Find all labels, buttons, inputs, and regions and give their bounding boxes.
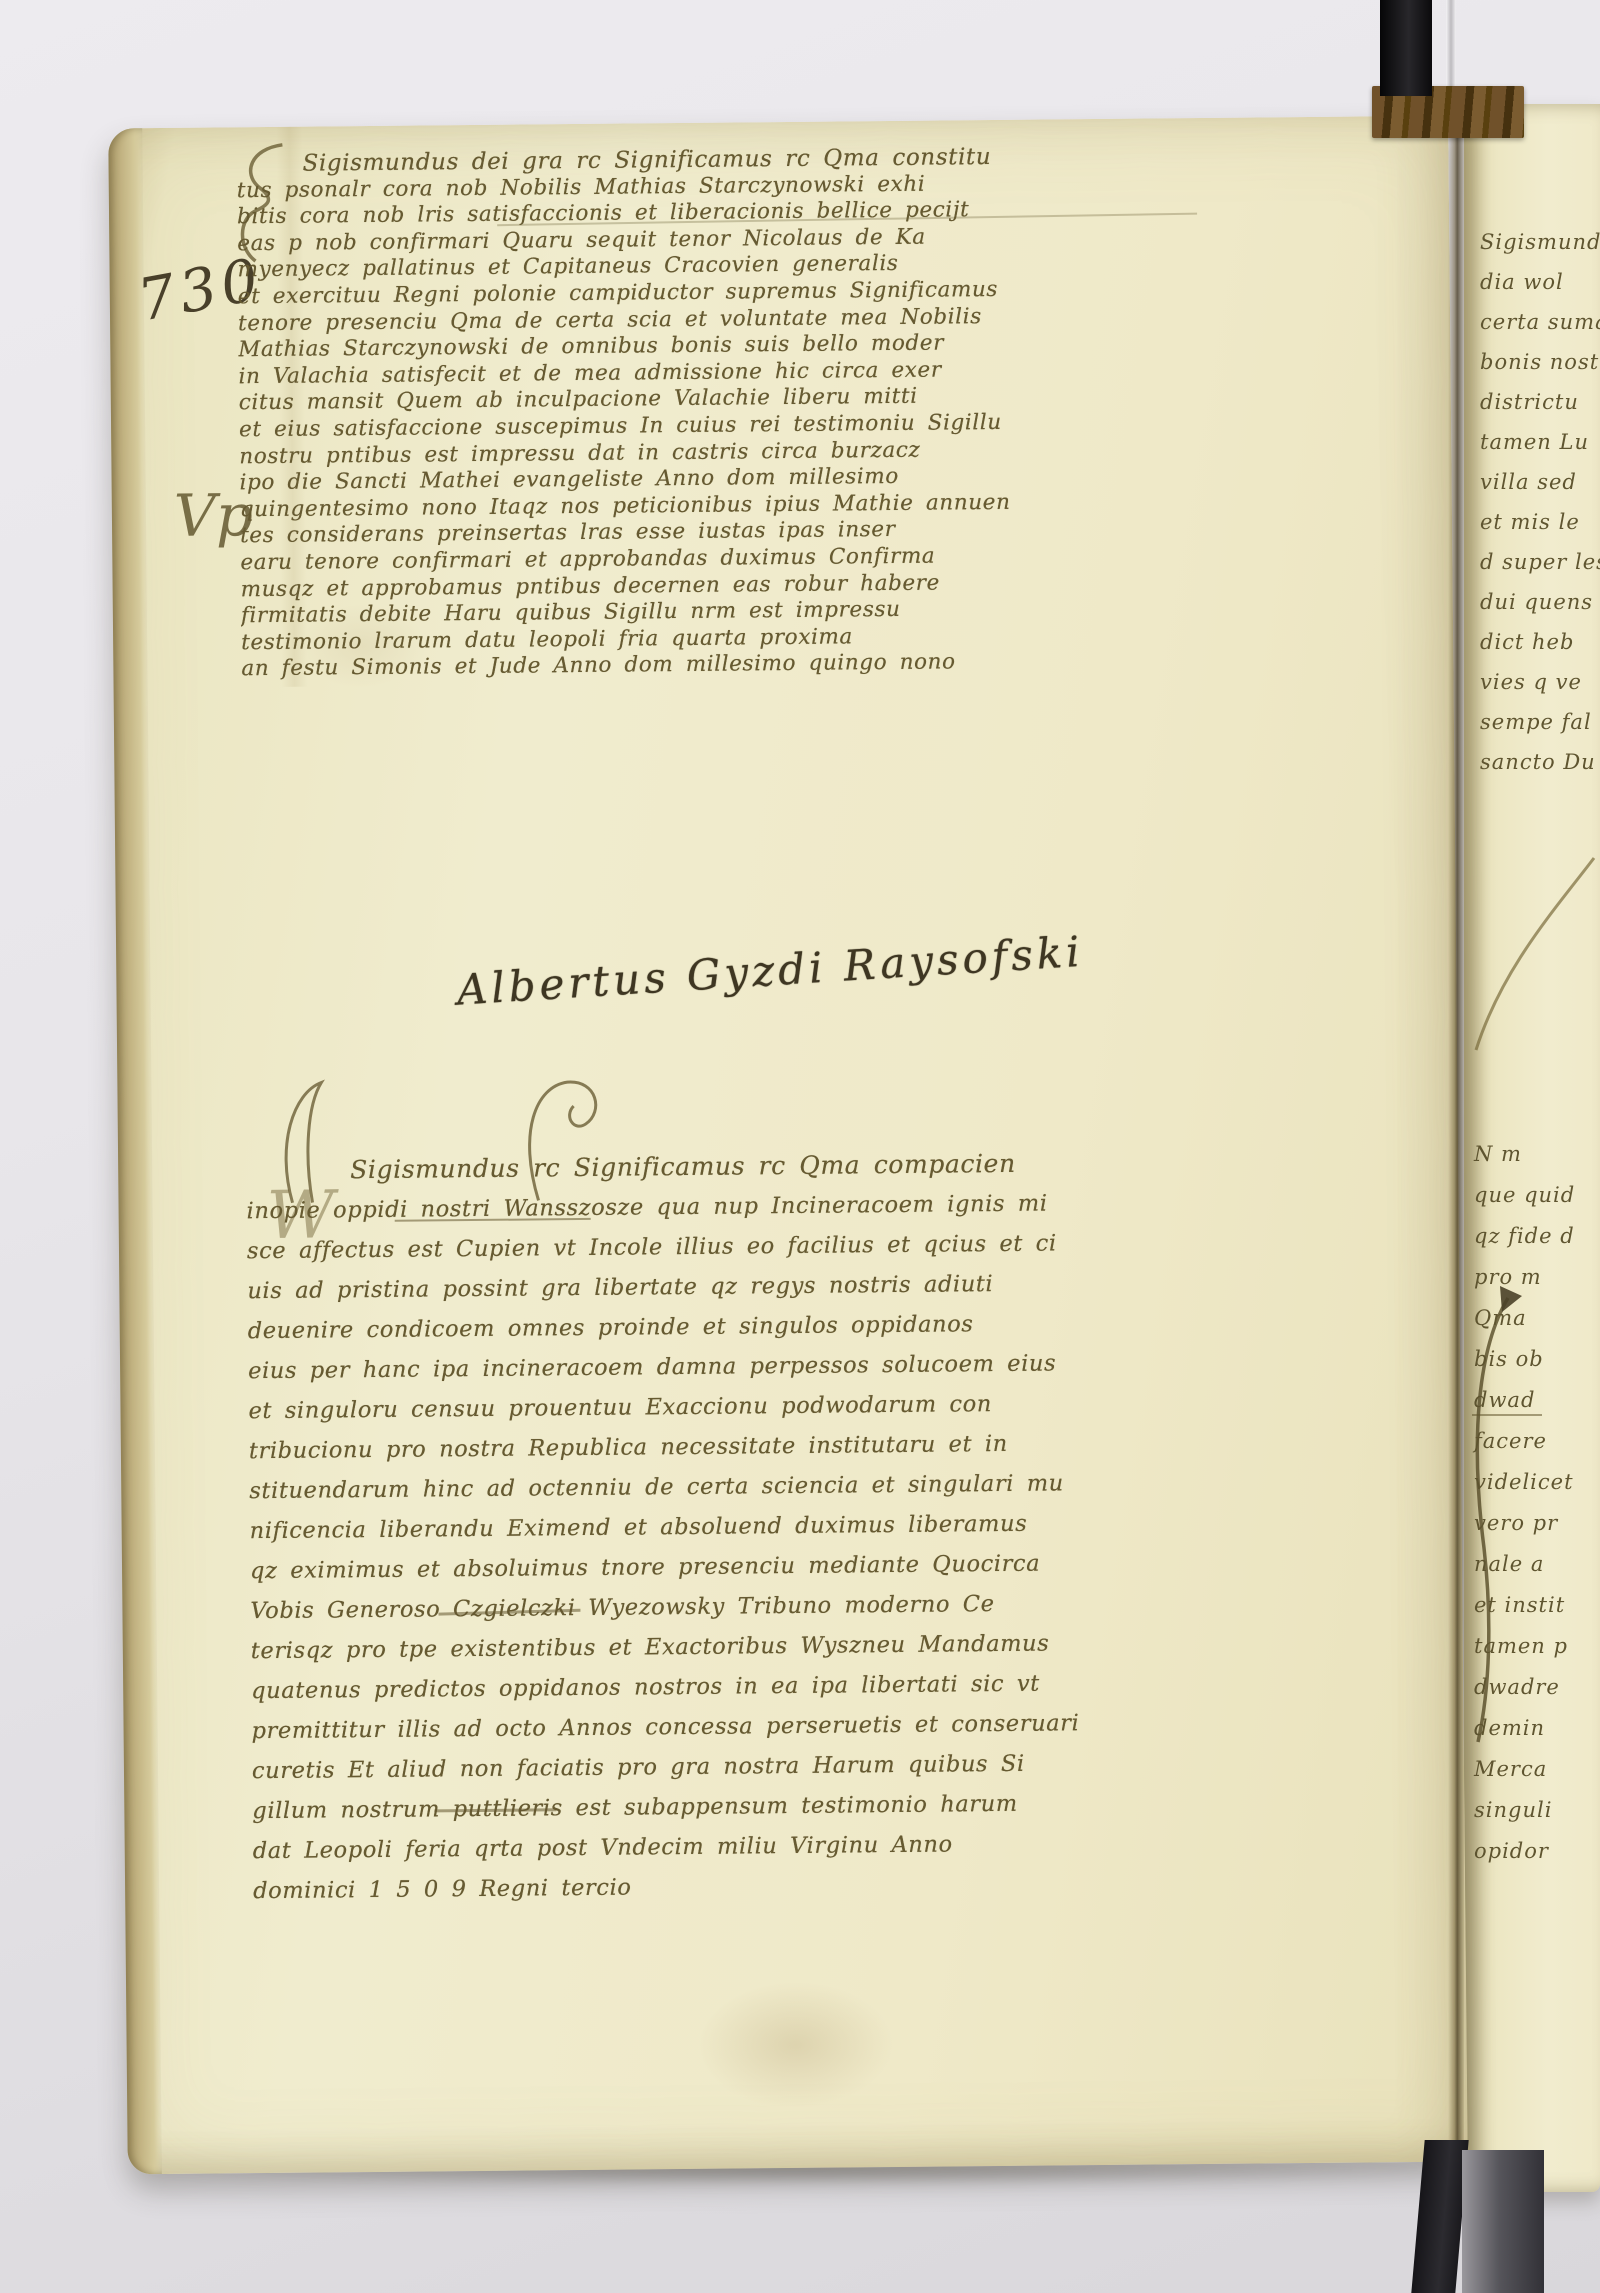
facing-text-fragment: villa sed (1480, 462, 1600, 502)
facing-text-column-top: Sigismunddia wolcerta sumabonis nostdist… (1480, 222, 1600, 782)
facing-text-fragment: tamen Lu (1480, 422, 1600, 462)
facing-text-fragment: vero pr (1474, 1503, 1600, 1544)
facing-text-fragment: opidor (1474, 1831, 1600, 1872)
pen-flourish (1464, 850, 1600, 1060)
entry2-text-block: Sigismundus rc Significamus rc Qma compa… (246, 1142, 1185, 1921)
ink-underline (1472, 1414, 1542, 1416)
clerk-signature: Albertus Gyzdi Raysofski (455, 927, 1085, 1015)
facing-text-fragment: Qma (1474, 1298, 1600, 1339)
facing-page-sliver: Sigismunddia wolcerta sumabonis nostdist… (1464, 104, 1600, 2192)
facing-text-fragment: dia wol (1480, 262, 1600, 302)
facing-text-fragment: videlicet (1474, 1462, 1600, 1503)
facing-text-fragment: nale a (1474, 1544, 1600, 1585)
facing-text-fragment: et instit (1474, 1585, 1600, 1626)
facing-text-fragment: bonis nost (1480, 342, 1600, 382)
facing-text-fragment: tamen p (1474, 1626, 1600, 1667)
facing-text-fragment: sancto Du (1480, 742, 1600, 782)
facing-text-fragment: dui quens (1480, 582, 1600, 622)
book-stand-rod-bottom (1411, 2140, 1468, 2293)
facing-text-fragment: Sigismund (1480, 222, 1600, 262)
facing-text-fragment: demin (1474, 1708, 1600, 1749)
entry1-text-block: Sigismundus dei gra rc Significamus rc Q… (236, 142, 1173, 691)
facing-text-fragment: vies q ve (1480, 662, 1600, 702)
facing-text-fragment: facere (1474, 1421, 1600, 1462)
facing-text-fragment: singuli (1474, 1790, 1600, 1831)
facing-text-fragment: Merca (1474, 1749, 1600, 1790)
manuscript-page: 730 Vp W Sigismundus dei gra rc Signific… (108, 116, 1468, 2175)
facing-text-fragment: d super les (1480, 542, 1600, 582)
facing-text-fragment: bis ob (1474, 1339, 1600, 1380)
facing-text-fragment: pro m (1474, 1257, 1600, 1298)
facing-text-fragment: que quid (1474, 1175, 1600, 1216)
facing-text-fragment: certa suma (1480, 302, 1600, 342)
book-stand-post-bottom (1462, 2150, 1544, 2293)
facing-text-fragment: sempe fal (1480, 702, 1600, 742)
facing-text-fragment: dwadre (1474, 1667, 1600, 1708)
page-block-fore-edge (108, 128, 162, 2174)
facing-text-fragment: districtu (1480, 382, 1600, 422)
page-gutter-shadow (1448, 116, 1464, 2158)
manuscript-photo: Sigismunddia wolcerta sumabonis nostdist… (0, 0, 1600, 2293)
facing-text-column-bottom: N mque quidqz fide dpro mQmabis obdwadfa… (1474, 1134, 1600, 1872)
manuscript-line: dominici 1 5 0 9 Regni tercio (253, 1862, 1185, 1911)
facing-text-fragment: et mis le (1480, 502, 1600, 542)
book-stand-rod-top (1380, 0, 1432, 96)
facing-text-fragment: dict heb (1480, 622, 1600, 662)
facing-text-fragment: qz fide d (1474, 1216, 1600, 1257)
facing-text-fragment: N m (1474, 1134, 1600, 1175)
